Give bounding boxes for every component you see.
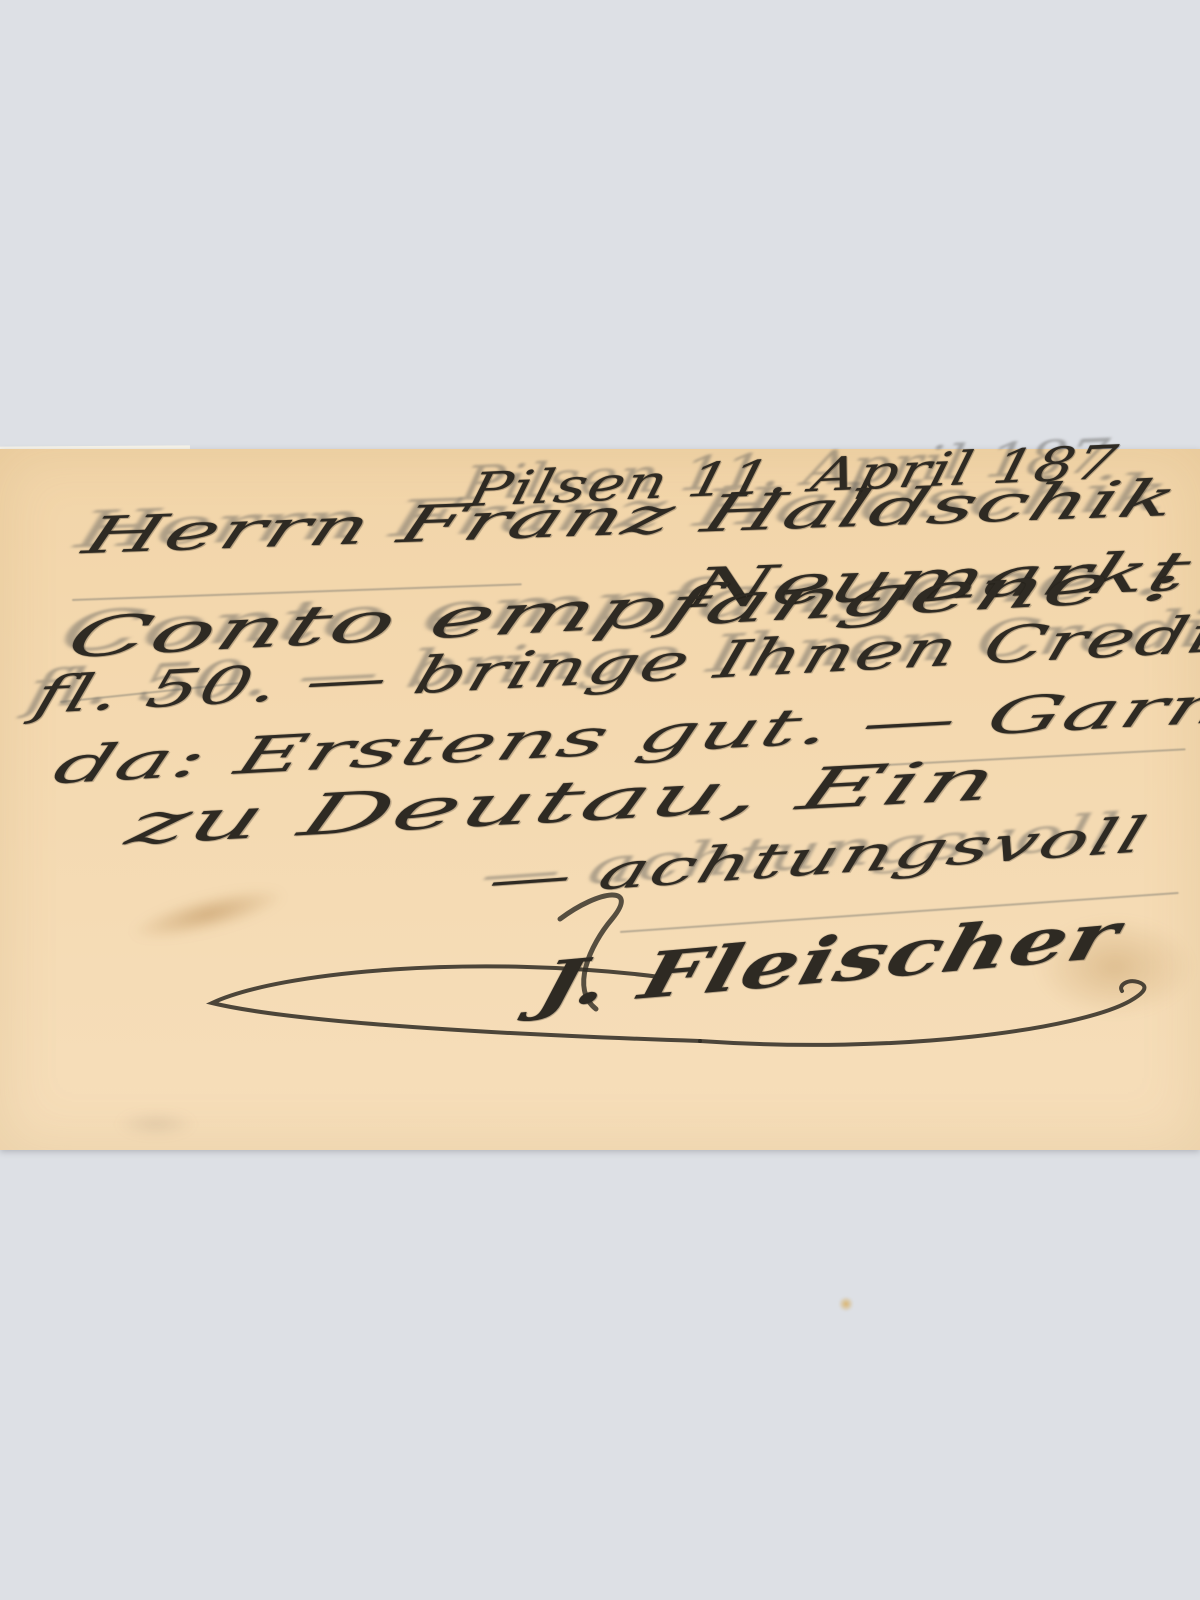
postcard-paper: Pilsen 11. April 187 Herrn Franz Haldsch…	[0, 449, 1200, 1150]
foxing-dot	[838, 1297, 854, 1311]
ink-stain	[126, 878, 289, 950]
scanned-postcard-image: Pilsen 11. April 187 Herrn Franz Haldsch…	[0, 0, 1200, 1600]
paper-smudge	[116, 1111, 196, 1137]
